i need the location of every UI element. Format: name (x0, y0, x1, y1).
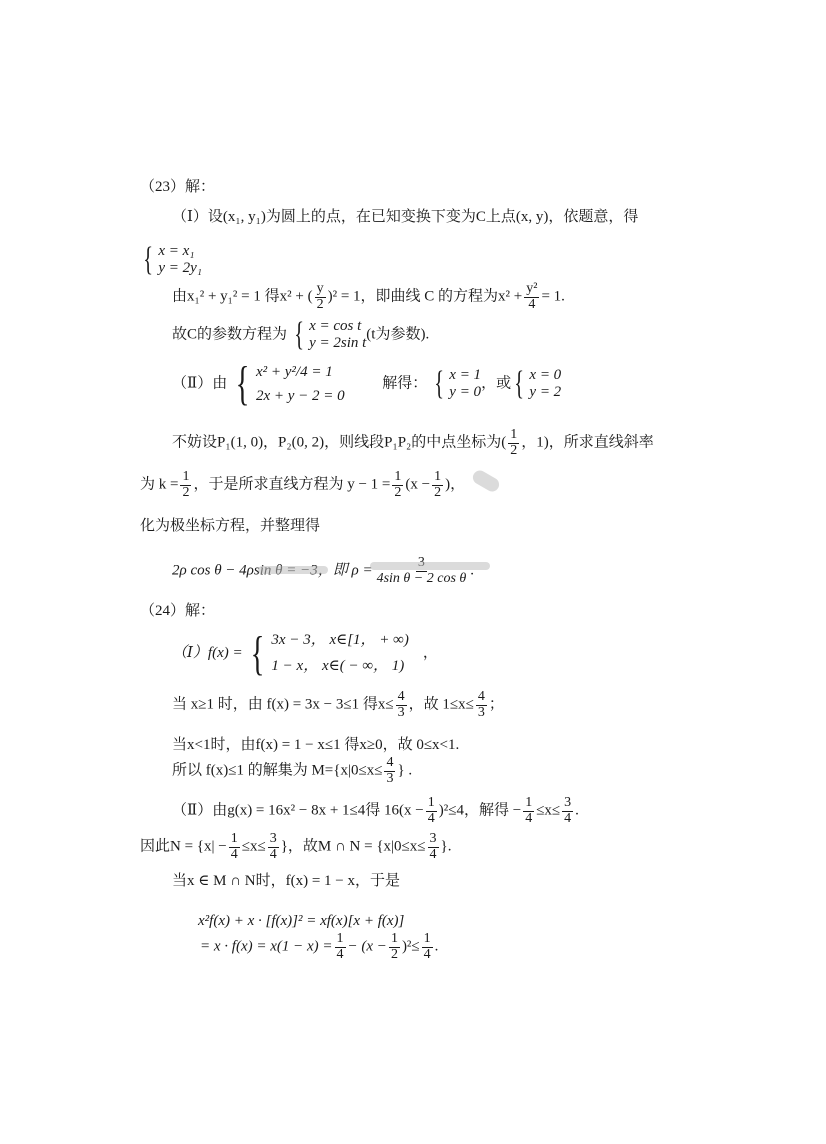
frac-den: 4 (229, 848, 240, 863)
frac-num: 1 (180, 470, 191, 486)
text: − (x − (348, 939, 387, 955)
p24-case2: 当x<1时，由f(x) = 1 − x≤1 得x≥0，故 0≤x<1. (172, 736, 459, 754)
text: )² = 1，即曲线 C 的方程为x² + (328, 289, 523, 305)
frac-den: 3 (384, 772, 395, 787)
frac-den: 4 (562, 812, 573, 827)
p23-midpoint-line: 不妨设P₁(1, 0)，P₂(0, 2)，则线段P₁P₂的中点坐标为(12，1)… (172, 428, 654, 458)
frac-den: 4 (523, 812, 534, 827)
scan-smudge (258, 566, 328, 574)
frac-num: 4 (384, 756, 395, 772)
frac-den: 3 (396, 706, 407, 721)
frac-num: 1 (508, 428, 519, 444)
system-row: y = 0 (449, 384, 481, 401)
text: 故C的参数方程为 (172, 327, 287, 343)
text: ，1)，所求直线斜率 (521, 435, 654, 451)
frac-den: 2 (389, 948, 400, 963)
frac-den: 4 (426, 812, 437, 827)
frac-den: 2 (180, 486, 191, 501)
system-row: x = 0 (529, 367, 561, 384)
text: (t为参数). (366, 327, 429, 343)
p23-parametric: 故C的参数方程为 { x = cos t y = 2sin t (t为参数). (172, 318, 429, 353)
text: ，或 (481, 375, 511, 391)
p23-system-1: { x = x₁ y = 2y₁ (140, 243, 202, 278)
system-row: y = 2 (529, 384, 561, 401)
scan-smudge (370, 562, 490, 570)
text: ≤x≤ (536, 803, 560, 819)
p23-part1-intro: （Ⅰ）设(x₁, y₁)为圆上的点，在已知变换下变为C上点(x, y)，依题意，… (172, 208, 638, 226)
frac-num: 1 (523, 796, 534, 812)
text: } . (397, 763, 412, 779)
frac-num: 1 (432, 470, 443, 486)
p24-case1: 当 x≥1 时，由 f(x) = 3x − 3≤1 得x≤43，故 1≤x≤43… (172, 690, 504, 720)
text: )²≤ (402, 939, 420, 955)
system-row: 2x + y − 2 = 0 (256, 384, 345, 408)
text: 因此N = {x| − (140, 839, 227, 855)
problem-23-header: （23）解： (140, 178, 215, 196)
frac-den: 4sin θ − 2 cos θ (375, 572, 469, 587)
frac-num: 4 (476, 690, 487, 706)
frac-num: 1 (422, 932, 433, 948)
frac-num: 1 (426, 796, 437, 812)
p24-part2-g: （Ⅱ）由g(x) = 16x² − 8x + 1≤4得 16(x −14)²≤4… (172, 796, 579, 826)
frac-num: y (315, 282, 326, 298)
frac-den: 2 (315, 298, 326, 313)
text: 不妨设P₁(1, 0)，P₂(0, 2)，则线段P₁P₂的中点坐标为( (172, 435, 506, 451)
frac-num: 1 (389, 932, 400, 948)
text: )²≤4，解得 − (439, 803, 521, 819)
p24-when-x-in-mn: 当x ∈ M ∩ N时，f(x) = 1 − x，于是 (172, 872, 400, 890)
frac-num: 3 (428, 832, 439, 848)
text: ，故 1≤x≤ (409, 697, 474, 713)
text: (x − (405, 477, 430, 493)
frac-den: 4 (526, 298, 537, 313)
problem-24-header: （24）解： (140, 602, 215, 620)
p24-eq2: = x · f(x) = x(1 − x) =14− (x −12)²≤14. (200, 932, 438, 962)
text: . (435, 939, 439, 955)
p24-solution-set-m: 所以 f(x)≤1 的解集为 M={x|0≤x≤43} . (172, 756, 412, 786)
p23-line-equation: 为 k =12，于是所求直线方程为 y − 1 =12(x −12)， (140, 470, 465, 500)
text: )， (445, 477, 465, 493)
text: ， (423, 645, 438, 661)
text: ； (489, 697, 504, 713)
text: }，故M ∩ N = {x|0≤x≤ (281, 839, 426, 855)
text: 由x₁² + y₁² = 1 得x² + ( (172, 289, 313, 305)
p24-set-n: 因此N = {x| −14≤x≤34}，故M ∩ N = {x|0≤x≤34}. (140, 832, 451, 862)
p23-part2-system: （Ⅱ）由 { x² + y²/4 = 1 2x + y − 2 = 0 解得： … (172, 360, 561, 408)
text: = x · f(x) = x(1 − x) = (200, 939, 333, 955)
frac-den: 4 (428, 848, 439, 863)
p23-polar-intro: 化为极坐标方程，并整理得 (140, 517, 320, 535)
frac-den: 2 (432, 486, 443, 501)
text: ≤x≤ (242, 839, 266, 855)
text: 为 k = (140, 477, 178, 493)
text: = 1. (541, 289, 564, 305)
system-row: x = x₁ (158, 243, 202, 260)
text: ，于是所求直线方程为 y − 1 = (193, 477, 390, 493)
case-row: 1 − x， x∈( − ∞， 1) (271, 654, 408, 680)
frac-den: 4 (335, 948, 346, 963)
text: }. (441, 839, 452, 855)
system-row: x = cos t (309, 318, 366, 335)
frac-den: 3 (476, 706, 487, 721)
frac-den: 2 (392, 486, 403, 501)
p24-piecewise: （Ⅰ）f(x) = { 3x − 3， x∈[1， + ∞) 1 − x， x∈… (172, 628, 438, 679)
frac-num: 1 (335, 932, 346, 948)
system-row: y = 2sin t (309, 335, 366, 352)
frac-num: 1 (229, 832, 240, 848)
frac-num: 3 (562, 796, 573, 812)
case-row: 3x − 3， x∈[1， + ∞) (271, 628, 408, 654)
text: . (575, 803, 579, 819)
p23-curve-equation: 由x₁² + y₁² = 1 得x² + (y2)² = 1，即曲线 C 的方程… (172, 282, 565, 312)
frac-den: 4 (268, 848, 279, 863)
frac-num: 1 (392, 470, 403, 486)
text: （Ⅰ）f(x) = (172, 645, 243, 661)
frac-den: 2 (508, 444, 519, 459)
frac-num: 3 (268, 832, 279, 848)
text: （Ⅱ）由 (172, 375, 227, 391)
text: 当 x≥1 时，由 f(x) = 3x − 3≤1 得x≤ (172, 697, 394, 713)
frac-num: 4 (396, 690, 407, 706)
system-row: x = 1 (449, 367, 481, 384)
text: （Ⅱ）由g(x) = 16x² − 8x + 1≤4得 16(x − (172, 803, 424, 819)
frac-num: y² (524, 282, 539, 298)
system-row: y = 2y₁ (158, 260, 202, 277)
frac-den: 4 (422, 948, 433, 963)
text: 所以 f(x)≤1 的解集为 M={x|0≤x≤ (172, 763, 382, 779)
scan-smudge (470, 468, 501, 494)
p24-eq1: x²f(x) + x · [f(x)]² = xf(x)[x + f(x)] (198, 912, 404, 930)
text: 解得： (382, 375, 427, 391)
system-row: x² + y²/4 = 1 (256, 360, 345, 384)
